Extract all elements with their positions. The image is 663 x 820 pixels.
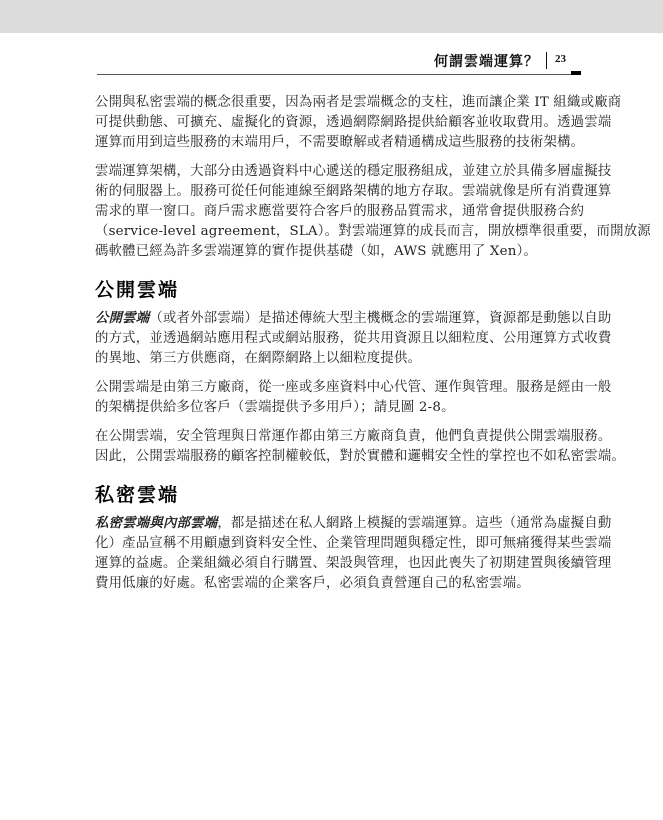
text-line: ，都是描述在私人網路上模擬的雲端運算。這些（通常為虛擬自動 — [217, 516, 611, 531]
term-private-cloud: 私密雲端與內部雲端 — [95, 515, 217, 531]
term-public-cloud: 公開雲端 — [95, 310, 149, 326]
text-line: 雲端運算架構，大部分由透過資料中心遞送的穩定服務組成，並建立於具備多層虛擬技 — [95, 162, 581, 182]
paragraph-public-3: 在公開雲端，安全管理與日常運作都由第三方廠商負責，他們負責提供公開雲端服務。 因… — [95, 427, 581, 467]
paragraph-intro-1: 公開與私密雲端的概念很重要，因為兩者是雲端概念的支柱，進而讓企業 IT 組織或廠… — [95, 93, 581, 153]
text-line: 公開與私密雲端的概念很重要，因為兩者是雲端概念的支柱，進而讓企業 IT 組織或廠… — [95, 93, 581, 113]
text-line: （service-level agreement，SLA）。對雲端運算的成長而言… — [95, 222, 581, 242]
page-number: 23 — [555, 53, 566, 65]
chapter-title: 何謂雲端運算？ — [434, 51, 539, 71]
text-line: 因此，公開雲端服務的顧客控制權較低，對於實體和邏輯安全性的掌控也不如私密雲端。 — [95, 447, 581, 467]
text-line: 可提供動態、可擴充、虛擬化的資源，透過網際網路提供給顧客並收取費用。透過雲端 — [95, 113, 581, 133]
text-line: 運算的益處。企業組織必須自行購置、架設與管理，也因此喪失了初期建置與後續管理 — [95, 554, 581, 574]
running-head: 何謂雲端運算？ 23 — [0, 48, 663, 78]
text-line: 的架構提供給多位客戶（雲端提供予多用戶）；請見圖 2-8。 — [95, 398, 581, 418]
text-line: 費用低廉的好處。私密雲端的企業客戶，必須負責營運自己的私密雲端。 — [95, 574, 581, 594]
text-line: 運算而用到這些服務的末端用戶，不需要瞭解或者精通構成這些服務的技術架構。 — [95, 133, 581, 153]
text-line: 需求的單一窗口。商戶需求應當要符合客戶的服務品質需求，通常會提供服務合約 — [95, 202, 581, 222]
header-divider — [546, 52, 547, 69]
text-line: 碼軟體已經為許多雲端運算的實作提供基礎（如，AWS 就應用了 Xen）。 — [95, 242, 581, 262]
heading-private-cloud: 私密雲端 — [95, 483, 581, 507]
text-line: 公開雲端是由第三方廠商，從一座或多座資料中心代管、運作與管理。服務是經由一般 — [95, 378, 581, 398]
paragraph-public-1: 公開雲端（或者外部雲端）是描述傳統大型主機概念的雲端運算，資源都是動態以自助 的… — [95, 308, 581, 369]
header-tab-mark — [571, 71, 581, 75]
viewer-top-bar — [0, 0, 663, 33]
paragraph-private-1: 私密雲端與內部雲端，都是描述在私人網路上模擬的雲端運算。這些（通常為虛擬自動 化… — [95, 513, 581, 594]
text-line: 在公開雲端，安全管理與日常運作都由第三方廠商負責，他們負責提供公開雲端服務。 — [95, 427, 581, 447]
text-line: 的方式，並透過網站應用程式或網站服務，從共用資源且以細粒度、公用運算方式收費 — [95, 329, 581, 349]
text-line: 化）產品宣稱不用顧慮到資料安全性、企業管理問題與穩定性，即可無痛獲得某些雲端 — [95, 534, 581, 554]
text-line: 的異地、第三方供應商，在網際網路上以細粒度提供。 — [95, 349, 581, 369]
text-line: （或者外部雲端）是描述傳統大型主機概念的雲端運算，資源都是動態以自助 — [149, 311, 611, 326]
header-rule — [97, 74, 571, 75]
page-body: 公開與私密雲端的概念很重要，因為兩者是雲端概念的支柱，進而讓企業 IT 組織或廠… — [95, 93, 581, 603]
text-line: 術的伺服器上。服務可從任何能連線至網路架構的地方存取。雲端就像是所有消費運算 — [95, 182, 581, 202]
heading-public-cloud: 公開雲端 — [95, 278, 581, 302]
paragraph-public-2: 公開雲端是由第三方廠商，從一座或多座資料中心代管、運作與管理。服務是經由一般 的… — [95, 378, 581, 418]
paragraph-intro-2: 雲端運算架構，大部分由透過資料中心遞送的穩定服務組成，並建立於具備多層虛擬技 術… — [95, 162, 581, 262]
